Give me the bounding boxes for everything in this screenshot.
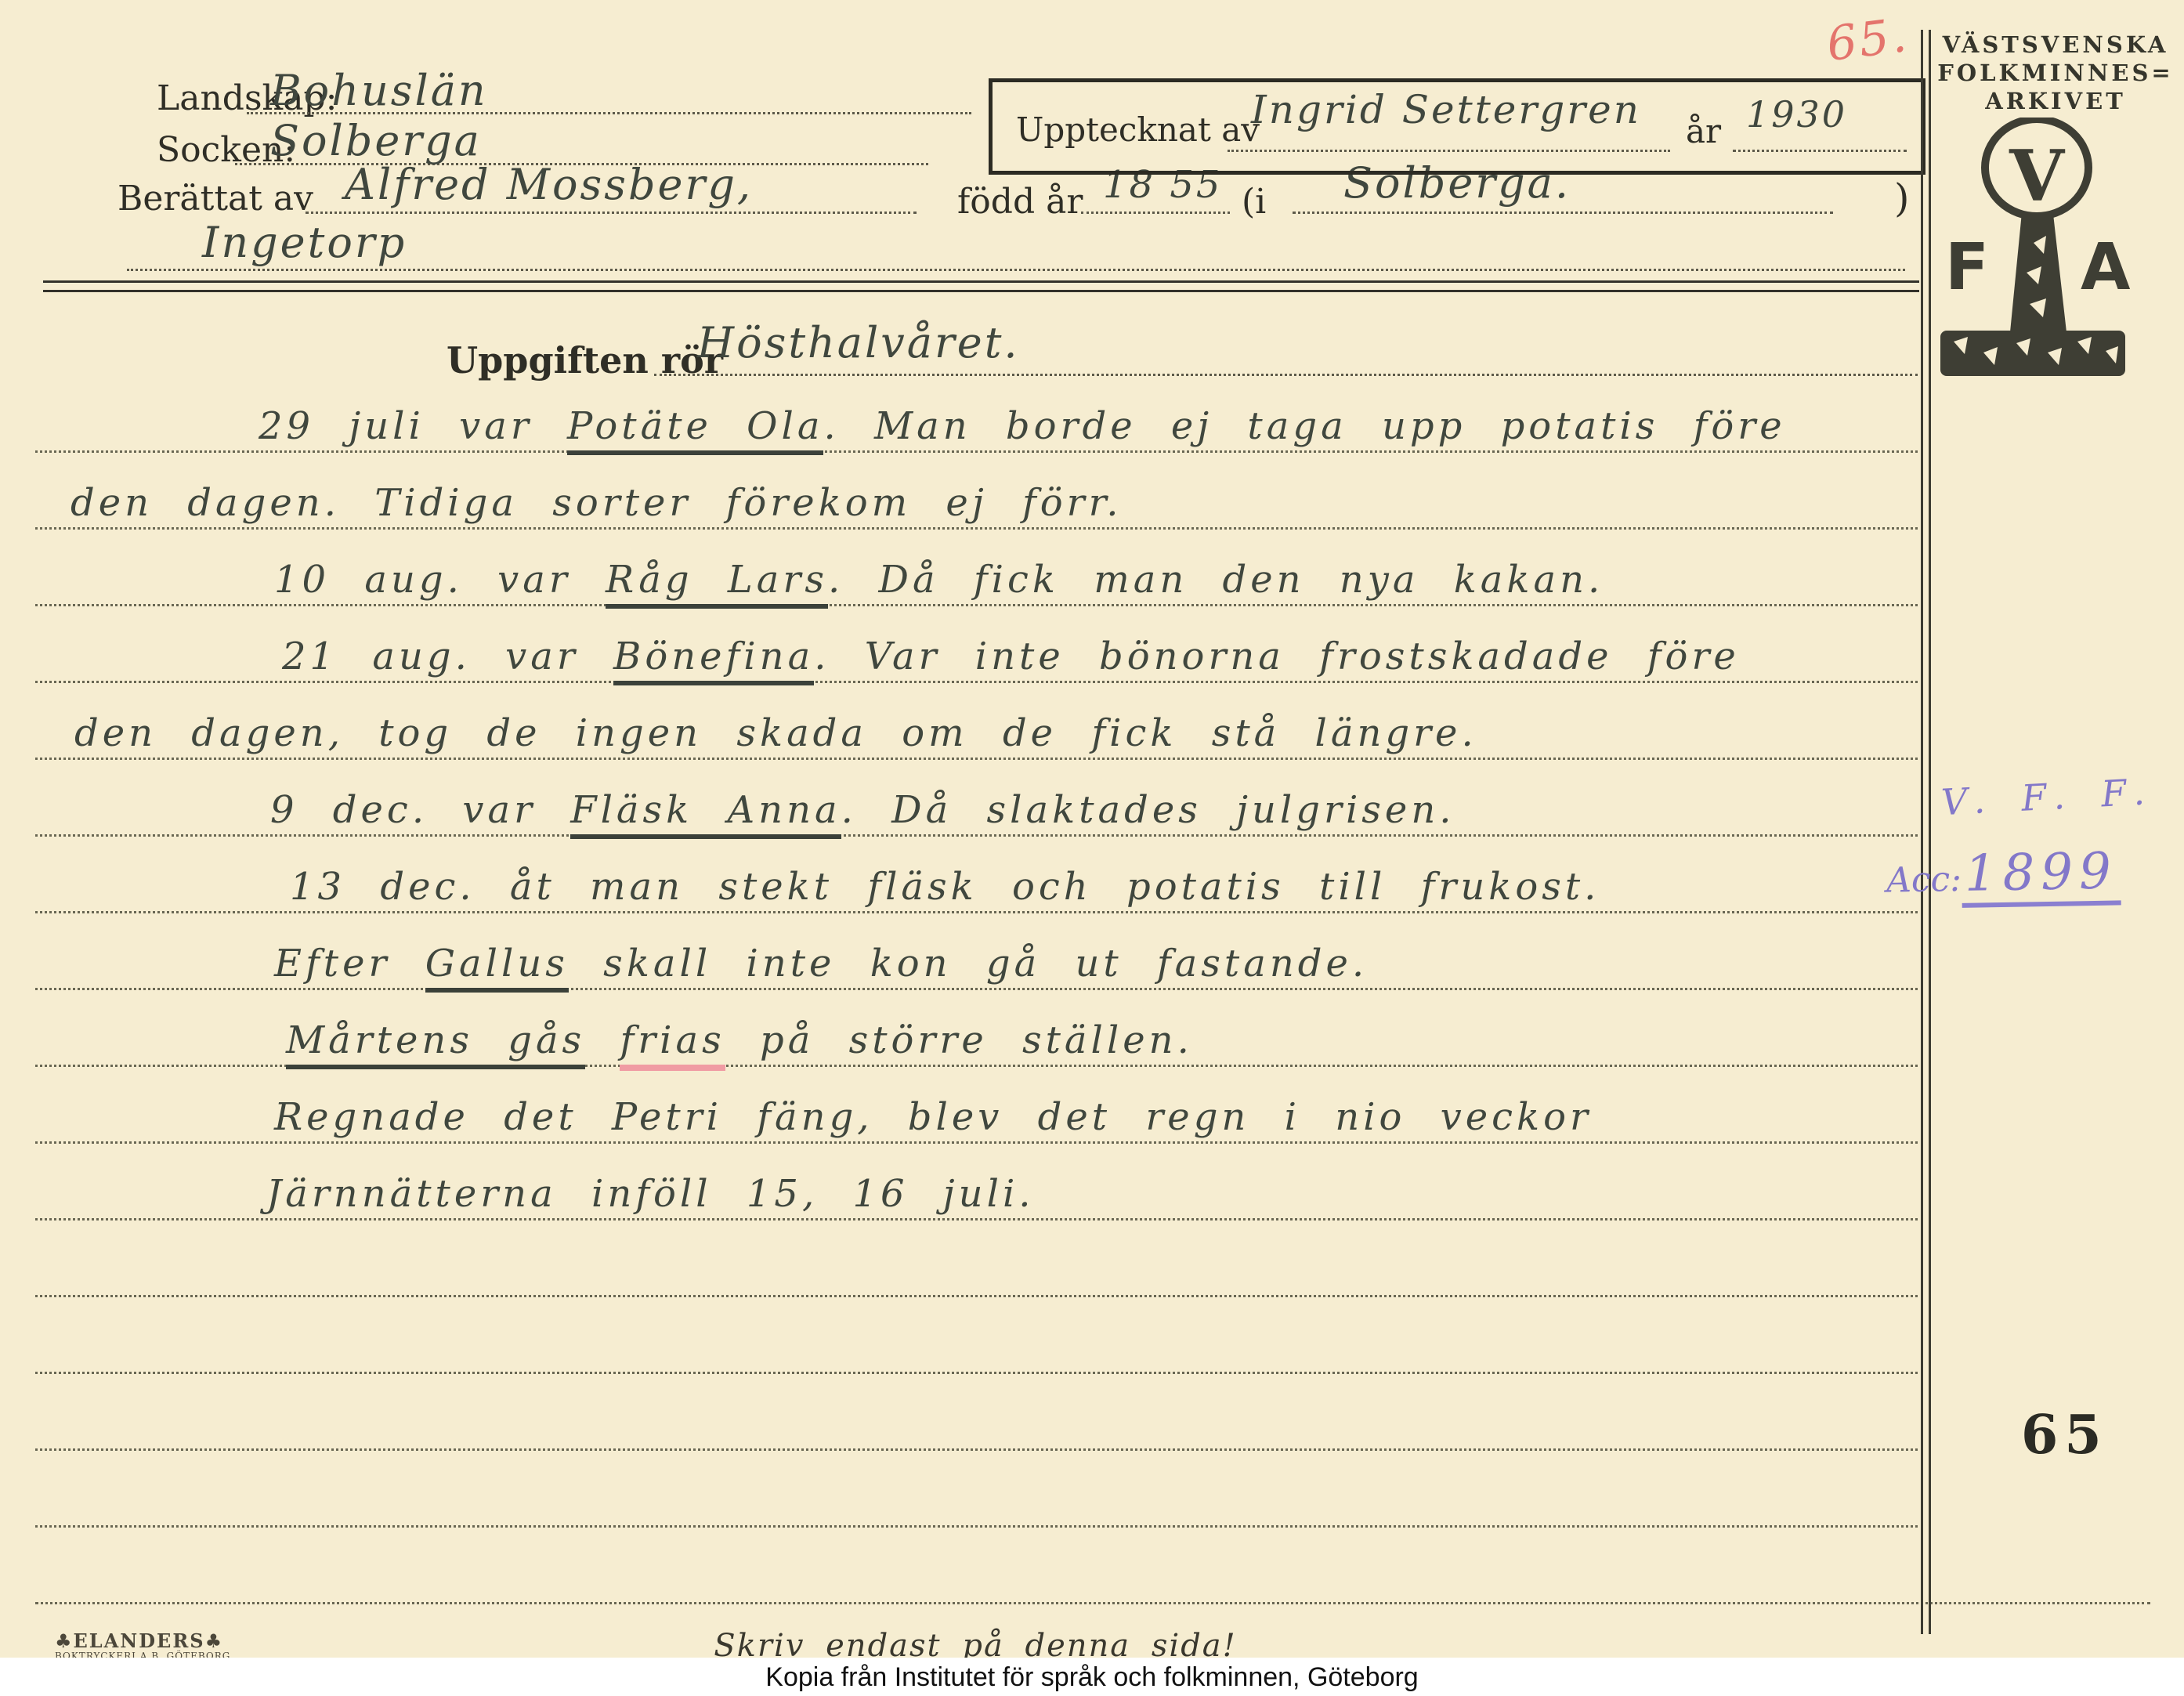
handwritten-underlined-word: Fläsk Anna [570,788,841,839]
printer-ornament-icon: ♣ [55,1629,74,1652]
handwritten-text: på större ställen. [725,1018,1193,1062]
archive-name-line3: ARKIVET [1927,88,2184,114]
fodd-field-line [1081,212,1230,214]
handwritten-underlined-word: frias [620,1018,725,1071]
ruled-line [35,1295,1918,1297]
subject-field-line [654,374,1918,376]
vfa-hammer-logo-icon: V F A [1935,118,2170,384]
handwritten-text: Efter [274,942,425,985]
acc-stamp: Acc:1899 [1886,842,2121,904]
paren-close-label: ) [1894,175,1910,221]
upptecknat-label: Upptecknat av [1016,110,1260,149]
copy-caption-text: Kopia från Institutet för språk och folk… [0,1662,2184,1693]
handwritten-line: Järnnätterna inföll 15, 16 juli. [266,1166,1035,1221]
page-number-stamp: 65 [2021,1404,2108,1466]
ruled-line [35,1372,1918,1374]
handwritten-line: 13 dec. åt man stekt fläsk och potatis t… [290,859,1600,914]
copy-caption-bar: Kopia från Institutet för språk och folk… [0,1658,2184,1696]
handwritten-underlined-word: Potäte Ola [567,404,823,455]
ruled-line [35,1525,1918,1528]
acc-stamp-number: 1899 [1961,842,2121,908]
handwritten-text: Regnade det Petri fäng, blev det regn i … [274,1095,1592,1139]
svg-text:F: F [1945,230,1989,305]
handwritten-text: den dagen. Tidiga sorter förekom ej förr… [71,481,1123,525]
ruled-line [35,1448,1918,1451]
handwritten-line: Efter Gallus skall inte kon gå ut fastan… [274,936,1368,991]
handwritten-line: Regnade det Petri fäng, blev det regn i … [274,1090,1592,1145]
upptecknat-field-line [1228,150,1670,152]
handwritten-line: 21 aug. var Bönefina. Var inte bönorna f… [282,629,1740,684]
red-page-number: 65. [1824,8,1911,72]
handwritten-text: 13 dec. åt man stekt fläsk och potatis t… [290,865,1600,909]
handwritten-text: 21 aug. var [282,635,613,678]
collector-name: Ingrid Settergren [1251,87,1641,132]
berattat-field-line [306,212,917,214]
ruled-line-bottom [35,1602,2150,1604]
berattat-av-label: Berättat av [118,179,313,219]
header-divider [43,280,1919,292]
archive-record-page: Landskap: Bohuslän Socken: Solberga Berä… [0,0,2184,1696]
handwritten-text: . Man borde ej taga upp potatis före [823,404,1785,448]
fodd-ar-label: född år [957,182,1083,222]
handwritten-underlined-word: Råg Lars [606,558,828,609]
svg-text:A: A [2081,230,2131,305]
handwritten-text: Järnnätterna inföll 15, 16 juli. [266,1172,1035,1216]
informant-address: Ingetorp [202,218,407,267]
margin-divider [1921,30,1931,1634]
subject-value: Hösthalvåret. [697,318,1020,367]
printer-name: ELANDERS [74,1629,205,1652]
handwritten-text: . Då fick man den nya kakan. [828,558,1604,602]
handwritten-line: 9 dec. var Fläsk Anna. Då slaktades julg… [270,783,1455,837]
handwritten-line: den dagen, tog de ingen skada om de fick… [74,706,1477,761]
ar-label: år [1686,112,1721,150]
birthplace-field-line [1293,212,1833,214]
record-year: 1930 [1746,93,1847,136]
archive-name-line2: FOLKMINNES= [1927,60,2184,86]
handwritten-line: Mårtens gås frias på större ställen. [286,1013,1193,1068]
ar-field-line [1733,150,1907,152]
handwritten-text: 10 aug. var [274,558,606,602]
printer-ornament-icon: ♣ [205,1629,224,1652]
handwritten-text: . Då slaktades julgrisen. [841,788,1455,832]
acc-stamp-label: Acc: [1886,859,1962,901]
handwritten-underlined-word: Gallus [425,942,569,993]
handwritten-text: . Var inte bönorna frostskadade före [814,635,1740,678]
upptecknat-box: Upptecknat av Ingrid Settergren år 1930 [989,78,1925,175]
handwritten-text: skall inte kon gå ut fastande. [569,942,1368,985]
handwritten-text: 9 dec. var [270,788,570,832]
handwritten-line: 10 aug. var Råg Lars. Då fick man den ny… [274,552,1604,607]
handwritten-text: 29 juli var [259,404,567,448]
paren-open-label: (i [1242,182,1266,222]
handwritten-line: 29 juli var Potäte Ola. Man borde ej tag… [259,399,1786,454]
archive-name-line1: VÄSTSVENSKA [1927,31,2184,58]
socken-value: Solberga [270,116,482,165]
vff-stamp: V. F. F. [1940,770,2158,823]
address-field-line [127,269,1905,271]
landskap-value: Bohuslän [270,66,488,115]
handwritten-underlined-word: Mårtens gås [286,1018,585,1069]
handwritten-underlined-word: Bönefina [613,635,814,685]
informant-name: Alfred Mossberg, [345,160,753,209]
handwritten-text: den dagen, tog de ingen skada om de fick… [74,711,1477,755]
handwritten-line: den dagen. Tidiga sorter förekom ej förr… [71,476,1123,530]
handwritten-text [585,1018,620,1062]
svg-text:V: V [2009,135,2066,218]
